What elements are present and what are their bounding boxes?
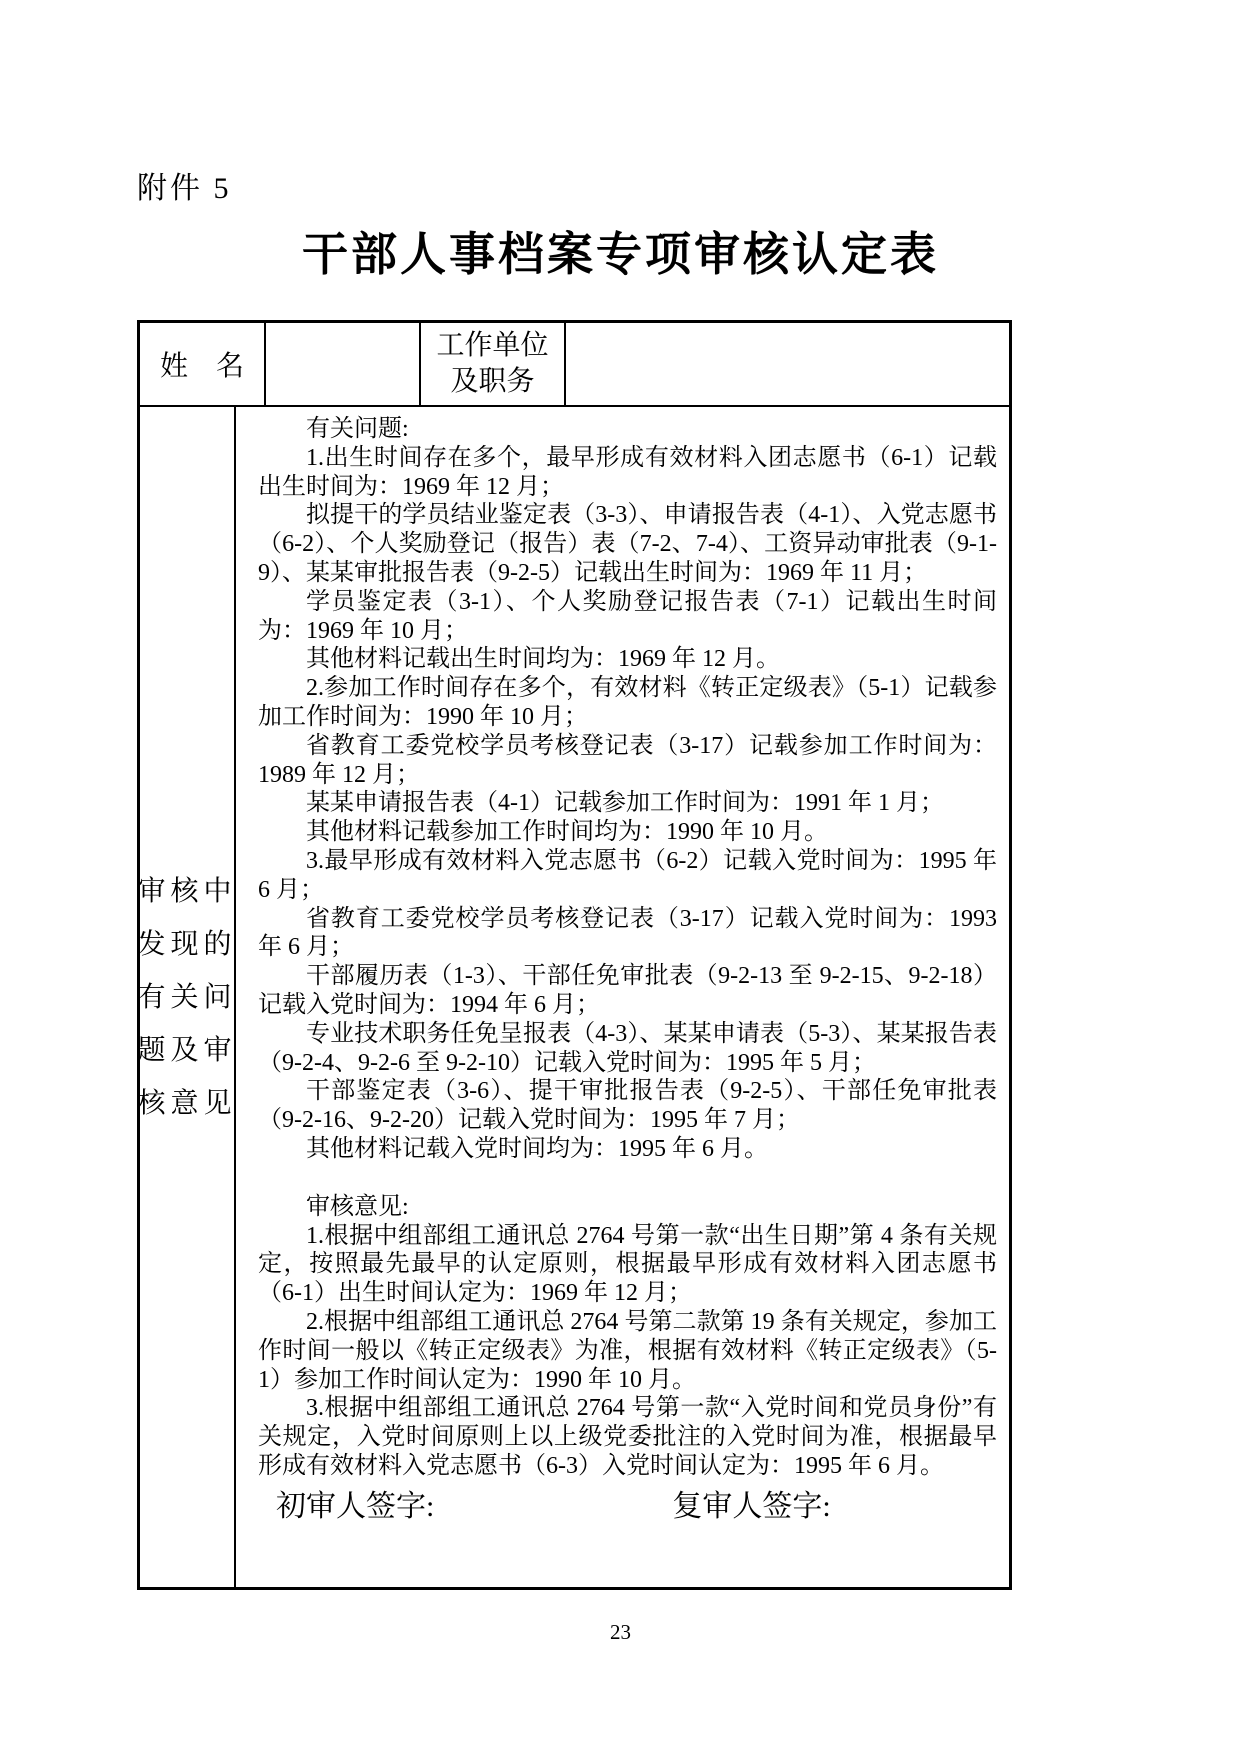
problem-paragraph: 其他材料记载出生时间均为：1969 年 12 月。 [258,645,997,674]
problem-paragraph: 拟提干的学员结业鉴定表（3-3）、申请报告表（4-1）、入党志愿书（6-2）、个… [258,501,997,587]
review-text-block: 有关问题: 1.出生时间存在多个，最早形成有效材料入团志愿书（6-1）记载出生时… [258,415,997,1481]
opinion-paragraph: 3.根据中组部组工通讯总 2764 号第一款“入党时间和党员身份”有关规定，入党… [258,1394,997,1480]
problem-paragraph: 1.出生时间存在多个，最早形成有效材料入团志愿书（6-1）记载出生时间为：196… [258,444,997,502]
review-content: 有关问题: 1.出生时间存在多个，最早形成有效材料入团志愿书（6-1）记载出生时… [236,407,1009,1587]
second-reviewer-signature-label: 复审人签字: [672,1481,830,1525]
work-unit-label: 工作单位 及职务 [421,323,566,405]
problem-paragraph: 某某申请报告表（4-1）记载参加工作时间为：1991 年 1 月； [258,789,997,818]
work-unit-label-line2: 及职务 [450,364,534,400]
problem-paragraph: 干部鉴定表（3-6）、提干审批报告表（9-2-5）、干部任免审批表（9-2-16… [258,1077,997,1135]
review-label-line: 题及审 [138,1024,237,1077]
review-label-line: 发现的 [138,918,237,971]
work-unit-label-line1: 工作单位 [436,328,548,364]
page-title: 干部人事档案专项审核认定表 [0,218,1241,284]
problem-paragraph: 专业技术职务任免呈报表（4-3）、某某申请表（5-3）、某某报告表（9-2-4、… [258,1020,997,1078]
attachment-label: 附件 5 [137,163,232,207]
page-number: 23 [0,1620,1241,1645]
initial-reviewer-signature-label: 初审人签字: [276,1481,434,1525]
review-section-label: 审核中 发现的 有关问 题及审 核意见 [140,407,236,1587]
problem-paragraph: 省教育工委党校学员考核登记表（3-17）记载参加工作时间为：1989 年 12 … [258,732,997,790]
problem-paragraph: 省教育工委党校学员考核登记表（3-17）记载入党时间为：1993 年 6 月； [258,905,997,963]
signature-row: 初审人签字: 复审人签字: [258,1481,997,1525]
problem-paragraph: 2.参加工作时间存在多个，有效材料《转正定级表》（5-1）记载参加工作时间为：1… [258,674,997,732]
review-label-line: 审核中 [138,865,237,918]
problem-paragraph: 其他材料记载入党时间均为：1995 年 6 月。 [258,1135,997,1164]
problem-paragraph: 3.最早形成有效材料入党志愿书（6-2）记载入党时间为：1995 年 6 月； [258,847,997,905]
problems-heading: 有关问题: [258,415,997,444]
opinion-paragraph: 2.根据中组部组工通讯总 2764 号第二款第 19 条有关规定，参加工作时间一… [258,1308,997,1394]
section-gap [258,1164,997,1193]
problem-paragraph: 干部履历表（1-3）、干部任免审批表（9-2-13 至 9-2-15、9-2-1… [258,962,997,1020]
opinions-heading: 审核意见: [258,1193,997,1222]
problem-paragraph: 学员鉴定表（3-1）、个人奖励登记报告表（7-1）记载出生时间为：1969 年 … [258,588,997,646]
name-value-field [266,323,421,405]
review-row: 审核中 发现的 有关问 题及审 核意见 有关问题: 1.出生时间存在多个，最早形… [140,407,1009,1587]
work-unit-value-field [566,323,1009,405]
form-table: 姓 名 工作单位 及职务 审核中 发现的 有关问 题及审 核意见 有关问题: 1… [137,320,1012,1590]
document-page: 附件 5 干部人事档案专项审核认定表 姓 名 工作单位 及职务 审核中 发现的 … [0,0,1241,1755]
problem-paragraph: 其他材料记载参加工作时间均为：1990 年 10 月。 [258,818,997,847]
review-label-line: 核意见 [138,1077,237,1130]
review-label-line: 有关问 [138,971,237,1024]
opinion-paragraph: 1.根据中组部组工通讯总 2764 号第一款“出生日期”第 4 条有关规定，按照… [258,1222,997,1308]
name-label: 姓 名 [140,323,266,405]
header-row: 姓 名 工作单位 及职务 [140,323,1009,407]
